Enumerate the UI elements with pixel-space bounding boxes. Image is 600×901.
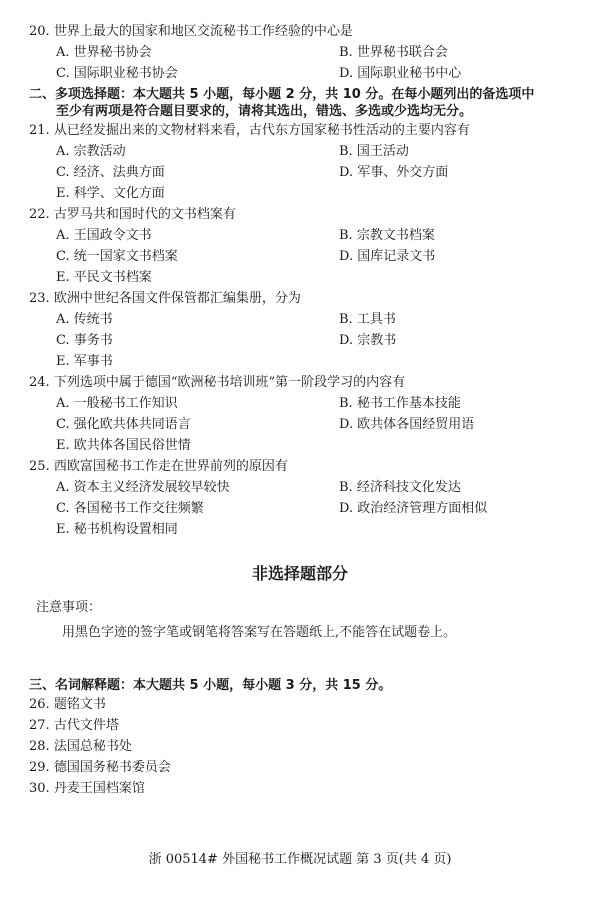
term-item: 30. 丹麦王国档案馆 — [29, 781, 145, 797]
term-item: 27. 古代文件塔 — [29, 718, 119, 734]
option-a: A. 宗教活动 — [56, 144, 126, 160]
part-title: 非选择题部分 — [0, 564, 600, 584]
option-c: C. 事务书 — [56, 333, 113, 349]
section-2-heading-cont: 至少有两项是符合题目要求的，请将其选出，错选、多选或少选均无分。 — [56, 104, 472, 120]
term-item: 28. 法国总秘书处 — [29, 739, 132, 755]
option-a: A. 世界秘书协会 — [56, 45, 152, 61]
note-label: 注意事项： — [36, 600, 101, 616]
option-a: A. 传统书 — [56, 312, 113, 328]
note-text: 用黑色字迹的签字笔或钢笔将答案写在答题纸上,不能答在试题卷上。 — [62, 625, 456, 641]
option-d: D. 宗教书 — [339, 333, 396, 349]
option-b: B. 工具书 — [339, 312, 396, 328]
option-d: D. 国库记录文书 — [339, 249, 435, 265]
option-b: B. 秘书工作基本技能 — [339, 396, 461, 412]
section-2-heading: 二、多项选择题：本大题共 5 小题，每小题 2 分，共 10 分。在每小题列出的… — [29, 87, 534, 103]
option-c: C. 强化欧共体共同语言 — [56, 417, 191, 433]
question-text: 世界上最大的国家和地区交流秘书工作经验的中心是 — [54, 24, 353, 39]
option-b: B. 世界秘书联合会 — [339, 45, 448, 61]
option-e: E. 军事书 — [56, 354, 113, 370]
question-24-stem: 24. 下列选项中属于德国“欧洲秘书培训班”第一阶段学习的内容有 — [29, 375, 405, 391]
option-b: B. 国王活动 — [339, 144, 409, 160]
question-25-stem: 25. 西欧富国秘书工作走在世界前列的原因有 — [29, 459, 288, 475]
question-22-stem: 22. 古罗马共和国时代的文书档案有 — [29, 207, 236, 223]
option-a: A. 王国政令文书 — [56, 228, 152, 244]
question-number: 20. — [29, 24, 50, 39]
option-d: D. 政治经济管理方面相似 — [339, 501, 487, 517]
option-d: D. 军事、外交方面 — [339, 165, 448, 181]
option-c: C. 统一国家文书档案 — [56, 249, 178, 265]
option-b: B. 经济科技文化发达 — [339, 480, 461, 496]
option-c: C. 各国秘书工作交往频繁 — [56, 501, 204, 517]
question-21-stem: 21. 从已经发掘出来的文物材料来看，古代东方国家秘书性活动的主要内容有 — [29, 123, 470, 139]
option-e: E. 平民文书档案 — [56, 270, 152, 286]
option-d: D. 欧共体各国经贸用语 — [339, 417, 474, 433]
option-a: A. 资本主义经济发展较早较快 — [56, 480, 230, 496]
option-e: E. 秘书机构设置相同 — [56, 522, 178, 538]
option-c: C. 经济、法典方面 — [56, 165, 165, 181]
option-a: A. 一般秘书工作知识 — [56, 396, 178, 412]
page-footer: 浙 00514# 外国秘书工作概况试题 第 3 页(共 4 页) — [0, 852, 600, 868]
option-b: B. 宗教文书档案 — [339, 228, 435, 244]
option-e: E. 欧共体各国民俗世情 — [56, 438, 191, 454]
term-item: 29. 德国国务秘书委员会 — [29, 760, 171, 776]
section-3-heading: 三、名词解释题：本大题共 5 小题，每小题 3 分，共 15 分。 — [29, 678, 391, 694]
option-e: E. 科学、文化方面 — [56, 186, 165, 202]
question-20-stem: 20. 世界上最大的国家和地区交流秘书工作经验的中心是 — [29, 24, 353, 40]
option-c: C. 国际职业秘书协会 — [56, 66, 178, 82]
question-23-stem: 23. 欧洲中世纪各国文件保管都汇编集册，分为 — [29, 291, 301, 307]
option-d: D. 国际职业秘书中心 — [339, 66, 461, 82]
term-item: 26. 题铭文书 — [29, 697, 106, 713]
